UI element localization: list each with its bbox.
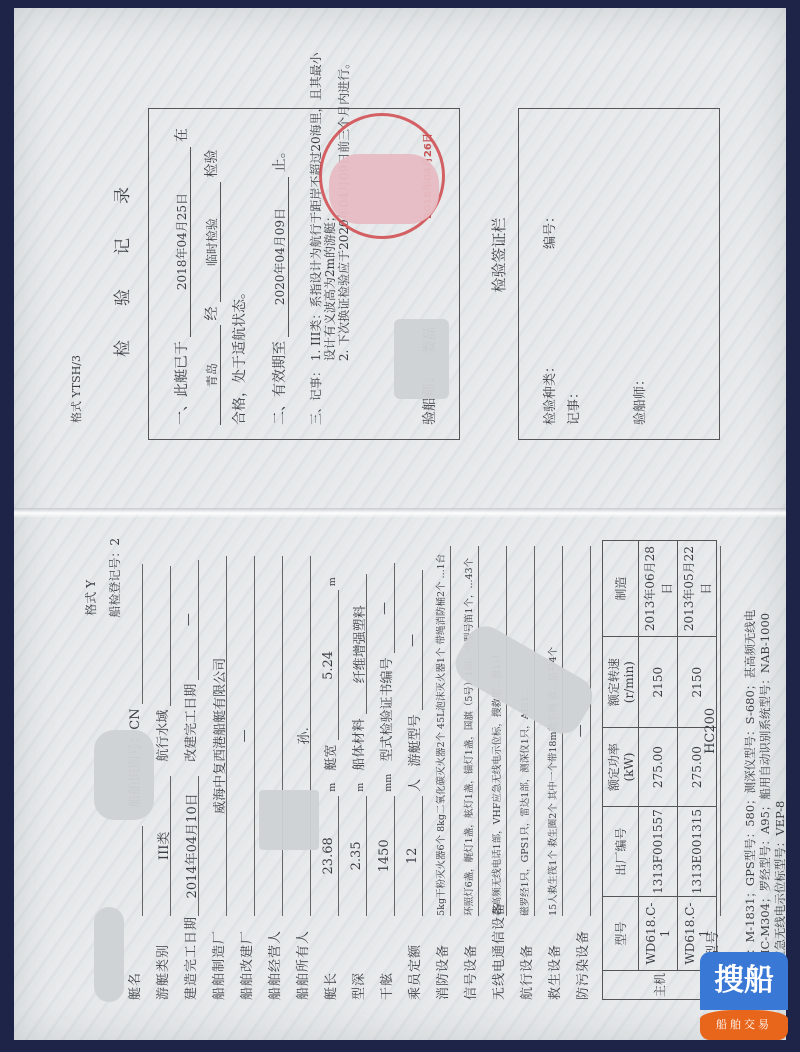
- name-value: [125, 826, 143, 916]
- vessel-data-page: 格式 Y 船检登记号：2 艇名 船舶识别号：CN 游艇类别 III类 航行水域 …: [34, 530, 774, 1010]
- remarks: 记事 雷达型号：M-1831；GPS型号：580；测深仪型号：S-680；甚高频…: [728, 540, 788, 1000]
- row-owner: 船舶所有人 孙.: [292, 540, 312, 1000]
- redaction: [394, 319, 449, 399]
- watermark-logo: 搜船 船舶交易: [700, 952, 788, 1040]
- main-engine-table: 主机 型号 出厂编号 额定功率(kW) 额定转速(r/min) 制造 WD618…: [602, 540, 717, 1000]
- form-code: 格式 YTSH/3: [68, 355, 84, 423]
- redaction: [94, 907, 124, 1002]
- form-code: 格式 Y: [82, 580, 99, 616]
- table-header-row: 主机 型号 出厂编号 额定功率(kW) 额定转速(r/min) 制造: [603, 541, 639, 1000]
- row-gearbox: 齿轮箱型号 HC200: [702, 540, 722, 1000]
- record-title: 检验记录: [108, 15, 133, 495]
- inspection-record-box: 一、此艇已于 2018年04月25日 在 青岛 经 临时检验 检验 合格，处于适…: [148, 108, 460, 440]
- certificate-photo: 格式 Y 船检登记号：2 艇名 船舶识别号：CN 游艇类别 III类 航行水域 …: [0, 0, 800, 1052]
- row-lifesaving: 救生设备 15人救生筏1个 救生圈2个 其中一个带18m救生绳 救...信号4个: [544, 540, 564, 1000]
- row-fire: 消防设备 5kg干粉灭火器6个 8kg二氧化碳灭火器2个 45L泡沫灭火器1个 …: [432, 540, 452, 1000]
- row-maker: 船舶制造厂 威海中复西港船艇有限公司: [208, 540, 228, 1000]
- row-built: 建造完工日期 2014年04月10日 改建完工日期 —: [180, 540, 200, 1000]
- inspection-record-page: 格式 YTSH/3 检验记录 一、此艇已于 2018年04月25日 在 青岛 经…: [28, 15, 788, 495]
- certificate-paper: 格式 Y 船检登记号：2 艇名 船舶识别号：CN 游艇类别 III类 航行水域 …: [14, 8, 786, 1040]
- row-signal: 信号设备 环照灯6盏，艉灯1盏，舷灯1盏，锚灯1盏，国旗（5号）1面，小型号笛1…: [460, 540, 480, 1000]
- redaction: [259, 790, 319, 850]
- endorsement-box: 检验种类： 编号： 记事： 验船师：: [518, 108, 720, 440]
- row-operator: 船舶经营人: [264, 540, 284, 1000]
- endorsement-title: 检验签证栏: [488, 15, 509, 495]
- row-radio: 无线电通信设备 甚高频无线电话1部，VHF应急无线电示位标，搜救雷...器1只: [488, 540, 508, 1000]
- row-pollution: 防污染设备 —: [572, 540, 592, 1000]
- redaction: [329, 154, 439, 224]
- row-refit: 船舶改建厂 —: [236, 540, 256, 1000]
- row-crew: 乘员定额 12 人 游艇型号 —: [404, 540, 424, 1000]
- brand-name: 搜船: [700, 952, 788, 1010]
- notes: 三、记事： 1. III类：系指设计为航行于距岸不超过20海里，且其最小 设计有…: [309, 52, 351, 425]
- row-freeboard: 干舷 1450 mm 型式检验证书编号 —: [376, 540, 396, 1000]
- row-type-route: 游艇类别 III类 航行水域: [152, 540, 172, 1000]
- inspection-reg-number: 船检登记号：2: [106, 538, 123, 618]
- row-depth-hull: 型深 2.35 m 船体材料 纤维增强塑料: [348, 540, 368, 1000]
- table-row: WD618.C-1 1313F001557 275.00 2150 2013年0…: [639, 541, 678, 1000]
- page-fold: [14, 508, 786, 518]
- row-length-beam: 艇长 23.68 m 艇宽 5.24 m: [320, 540, 340, 1000]
- redaction: [94, 730, 154, 820]
- row-nav: 航行设备 磁罗经1只，GPS1只，雷达1部，测深仪1只，AIS1...: [516, 540, 536, 1000]
- brand-tagline: 船舶交易: [700, 1010, 788, 1040]
